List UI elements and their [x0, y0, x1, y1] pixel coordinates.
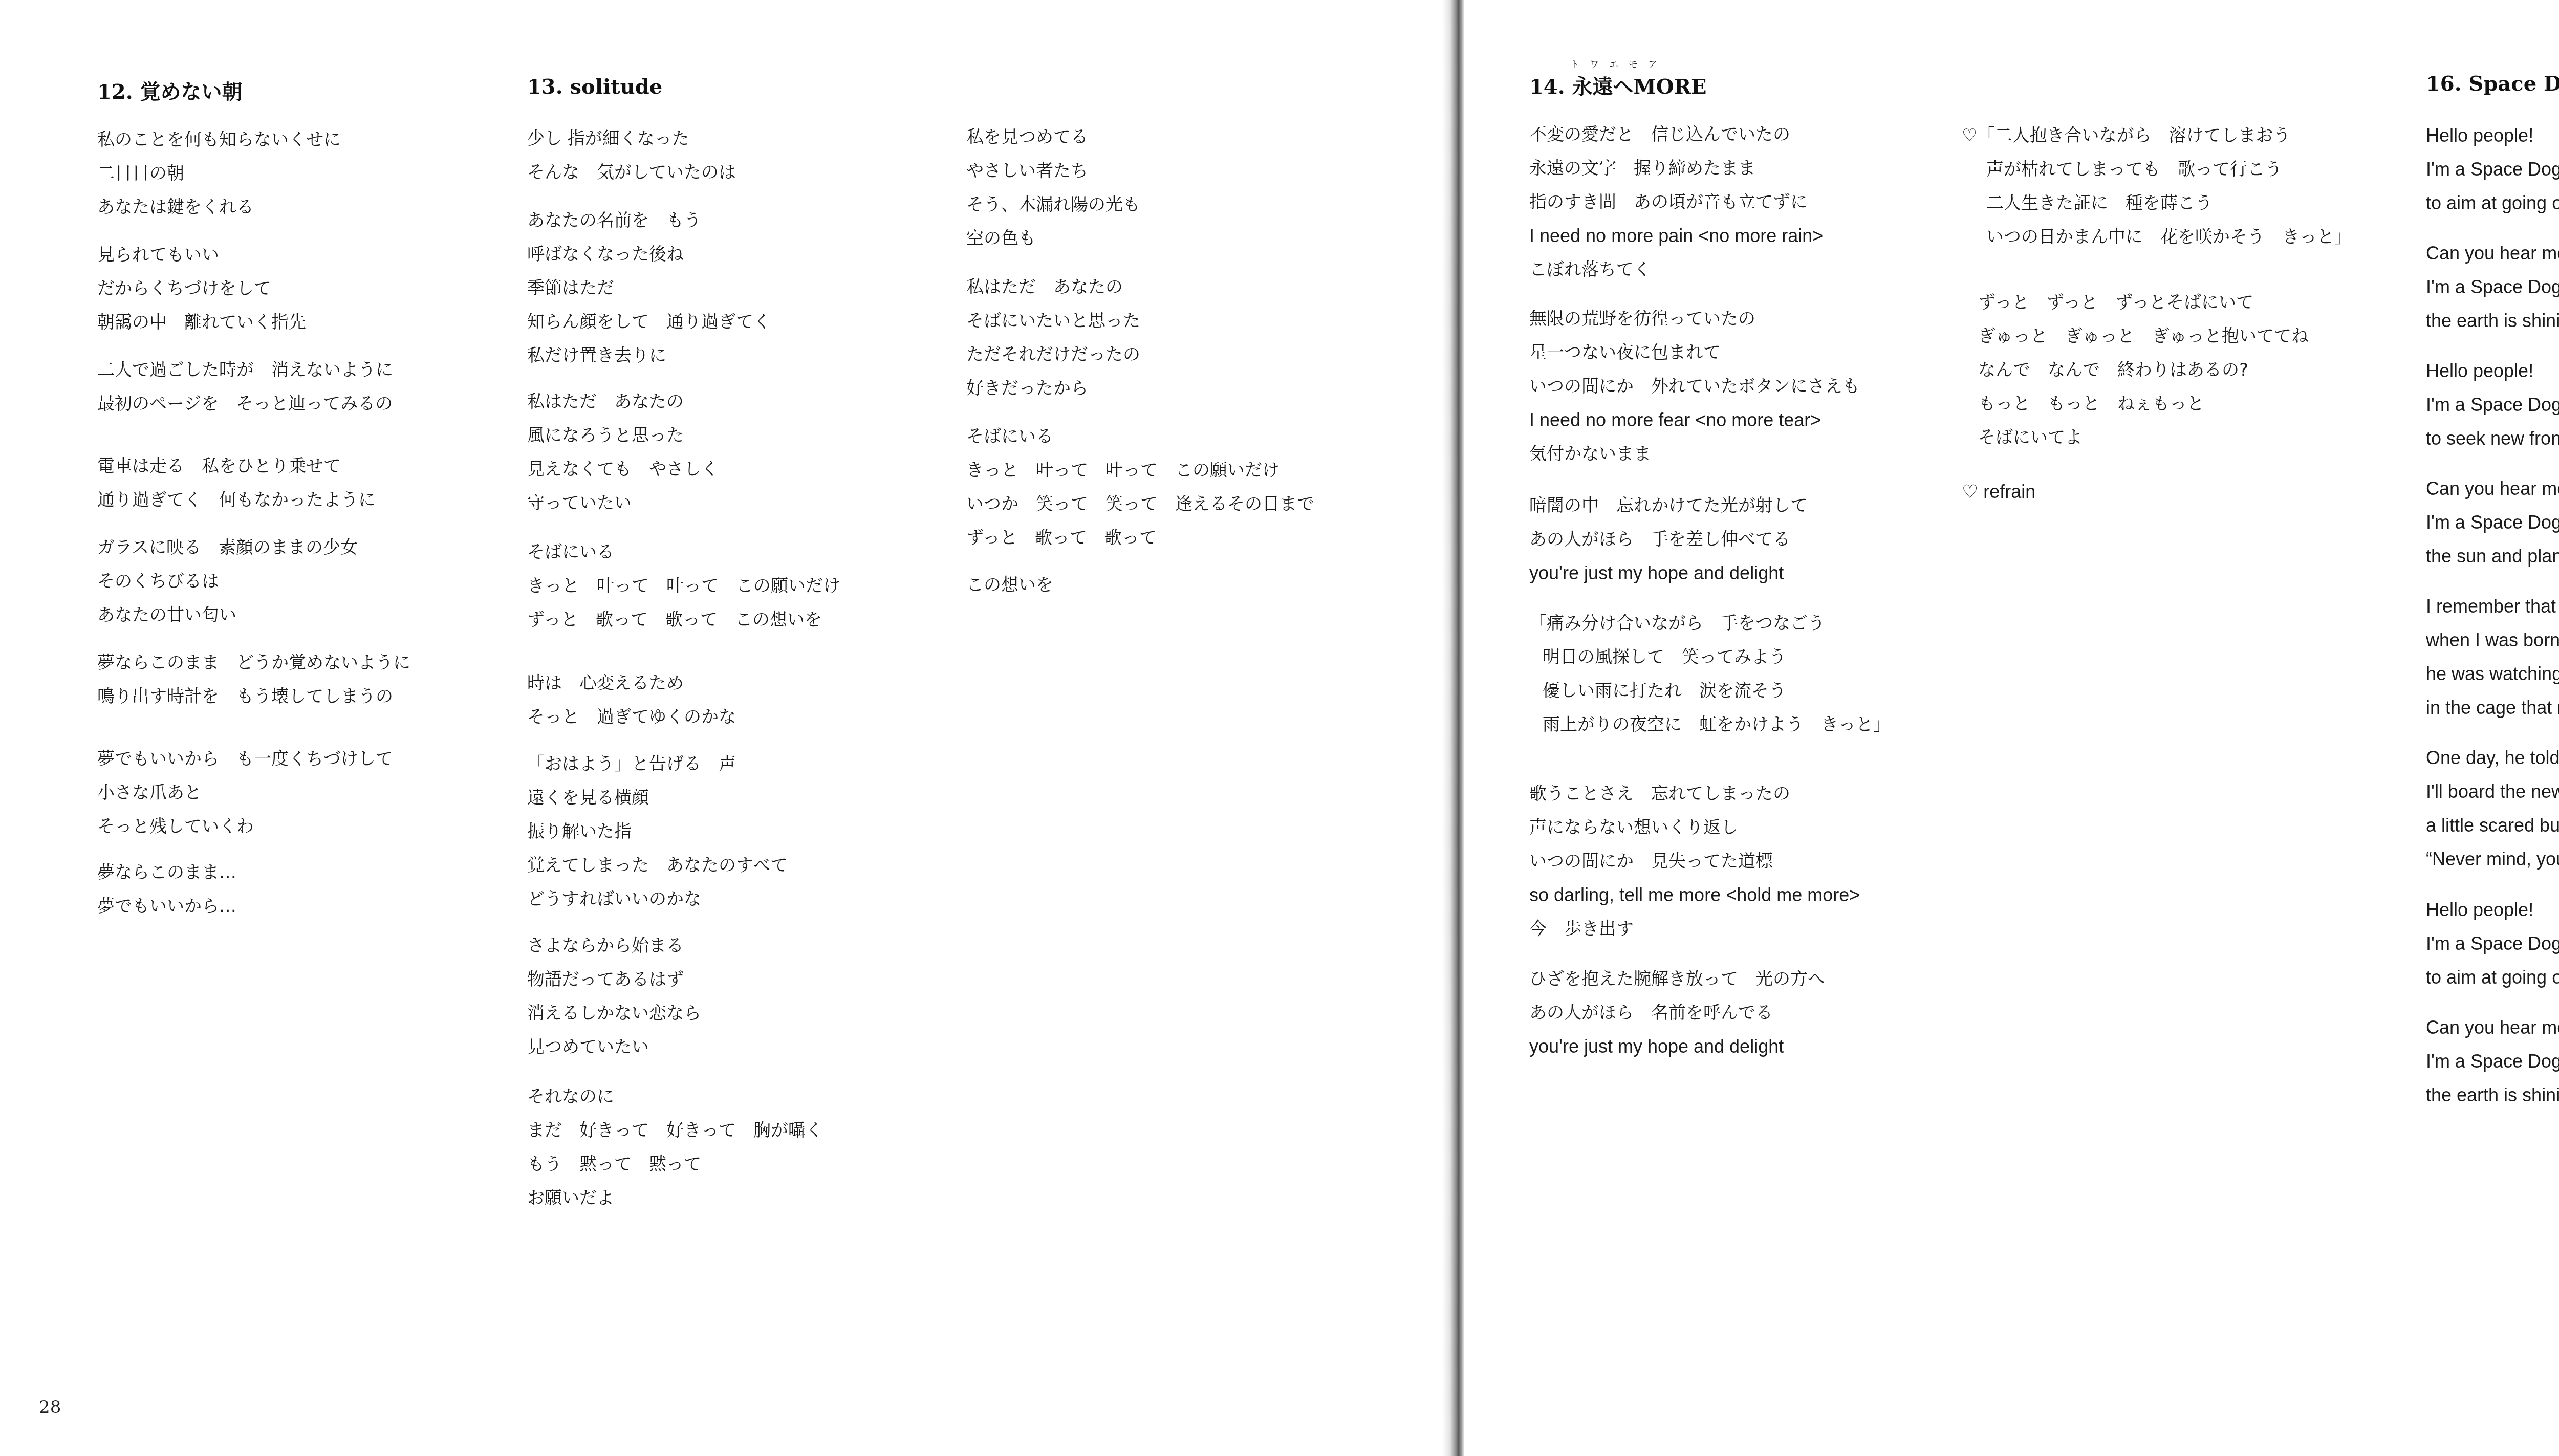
lyric-line: 最初のページを そっと辿ってみるの: [97, 387, 393, 421]
lyric-line: 声が枯れてしまっても 歌って行こう: [1962, 153, 2352, 186]
lyric-line: まだ 好きって 好きって 胸が囁く: [527, 1114, 823, 1147]
lyric-line: 永遠の文字 握り締めたまま: [1529, 151, 1823, 185]
lyric-line: Hello people!: [2426, 893, 2559, 927]
lyric-line: なんで なんで 終わりはあるの?: [1978, 353, 2309, 387]
stanza: 夢ならこのまま どうか覚めないように 鳴り出す時計を もう壊してしまうの: [97, 646, 410, 713]
lyric-line: ずっと 歌って 歌って この想いを: [527, 603, 840, 637]
stanza: 電車は走る 私をひとり乗せて 通り過ぎてく 何もなかったように: [97, 449, 376, 517]
lyric-line: 見られてもいい: [97, 238, 306, 272]
right-page: トワエモア 14. 永遠へMORE 不変の愛だと 信じ込んでいたの 永遠の文字 …: [1464, 0, 2559, 1456]
stanza: 夢ならこのまま… 夢でもいいから…: [97, 856, 236, 923]
lyric-line: the sun and planets go far away: [2426, 539, 2559, 573]
lyric-line: the earth is shining blue and white: [2426, 1078, 2559, 1112]
lyric-line: when I was born: [2426, 623, 2559, 657]
lyric-line: この想いを: [966, 568, 1053, 602]
lyric-line: 夢ならこのまま どうか覚めないように: [97, 646, 410, 680]
lyric-line: 鳴り出す時計を もう壊してしまうの: [97, 680, 410, 713]
lyric-line: あなたの甘い匂い: [97, 598, 358, 632]
stanza: さよならから始まる 物語だってあるはず 消えるしかない恋なら 見つめていたい: [527, 929, 701, 1064]
lyric-line: a little scared but he smiled and said: [2426, 809, 2559, 842]
stanza: ♡ refrain: [1962, 475, 2035, 509]
book-spine-fold: [1442, 0, 1465, 1456]
lyric-line: 物語だってあるはず: [527, 963, 701, 996]
stanza: 時は 心変えるため そっと 過ぎてゆくのかな: [527, 666, 736, 734]
lyric-line: 季節はただ: [527, 271, 771, 305]
lyric-line: もう 黙って 黙って: [527, 1147, 823, 1181]
lyric-line: 知らん顔をして 通り過ぎてく: [527, 305, 771, 339]
stanza: 「おはよう」と告げる 声 遠くを見る横顔 振り解いた指 覚えてしまった あなたの…: [527, 747, 788, 916]
lyric-line: ただそれだけだったの: [966, 338, 1140, 372]
stanza: Hello people! I'm a Space Dog to seek ne…: [2426, 354, 2559, 455]
page-number-left: 28: [39, 1397, 61, 1418]
lyric-line: 振り解いた指: [527, 815, 788, 849]
stanza: 私はただ あなたの 風になろうと思った 見えなくても やさしく 守っていたい: [527, 385, 719, 520]
lyric-line: 小さな爪あと: [97, 776, 393, 810]
stanza: 「痛み分け合いながら 手をつなごう 明日の風探して 笑ってみよう 優しい雨に打た…: [1529, 606, 1891, 742]
lyric-line: One day, he told to me: [2426, 741, 2559, 775]
lyric-line: そっと 過ぎてゆくのかな: [527, 700, 736, 734]
lyric-line: to aim at going over stars: [2426, 186, 2559, 220]
stanza: 不変の愛だと 信じ込んでいたの 永遠の文字 握り締めたまま 指のすき間 あの頃が…: [1529, 118, 1823, 287]
stanza: 少し 指が細くなった そんな 気がしていたのは: [527, 122, 736, 189]
lyric-line: あの人がほら 名前を呼んでる: [1529, 996, 1825, 1030]
lyric-line: いつの日かまん中に 花を咲かそう きっと」: [1962, 220, 2352, 254]
lyric-line: 少し 指が細くなった: [527, 122, 736, 156]
lyric-line: 今 歩き出す: [1529, 912, 1860, 946]
stanza: ひざを抱えた腕解き放って 光の方へ あの人がほら 名前を呼んでる you're …: [1529, 962, 1825, 1063]
lyric-line: Can you hear me?: [2426, 472, 2559, 506]
lyric-line: I'm a Space Dog: [2426, 388, 2559, 422]
stanza: Can you hear me? I'm a Space Dog the ear…: [2426, 1011, 2559, 1112]
lyric-line: そっと残していくわ: [97, 810, 393, 843]
lyric-line: それなのに: [527, 1080, 823, 1114]
lyric-line: Can you hear me?: [2426, 1011, 2559, 1045]
lyric-line: 「おはよう」と告げる 声: [527, 747, 788, 781]
stanza: あなたの名前を もう 呼ばなくなった後ね 季節はただ 知らん顔をして 通り過ぎて…: [527, 204, 771, 373]
lyric-line: 時は 心変えるため: [527, 666, 736, 700]
song-title: 13. solitude: [527, 75, 662, 99]
lyric-line: 朝靄の中 離れていく指先: [97, 306, 306, 339]
stanza: 夢でもいいから も一度くちづけして 小さな爪あと そっと残していくわ: [97, 742, 393, 843]
stanza: 私を見つめてる やさしい者たち そう、木漏れ陽の光も 空の色も: [966, 120, 1140, 255]
stanza: 見られてもいい だからくちづけをして 朝靄の中 離れていく指先: [97, 238, 306, 339]
lyric-line: ひざを抱えた腕解き放って 光の方へ: [1529, 962, 1825, 996]
stanza: 歌うことさえ 忘れてしまったの 声にならない想いくり返し いつの間にか 見失って…: [1529, 777, 1860, 946]
lyric-line: 暗闇の中 忘れかけてた光が射して: [1529, 489, 1808, 523]
lyric-line: そばにいてよ: [1978, 421, 2309, 454]
lyric-line: 夢でもいいから…: [97, 889, 236, 923]
lyric-line: ♡「二人抱き合いながら 溶けてしまおう: [1962, 119, 2352, 153]
lyric-line: I remember that time: [2426, 590, 2559, 623]
lyric-line: you're just my hope and delight: [1529, 1030, 1825, 1063]
lyric-line: 不変の愛だと 信じ込んでいたの: [1529, 118, 1823, 151]
stanza: I remember that time when I was born he …: [2426, 590, 2559, 725]
lyric-line: 夢でもいいから も一度くちづけして: [97, 742, 393, 776]
stanza: この想いを: [966, 568, 1053, 602]
lyric-line: お願いだよ: [527, 1181, 823, 1215]
lyric-line: in the cage that made by glass: [2426, 691, 2559, 725]
lyric-line: ずっと ずっと ずっとそばにいて: [1978, 286, 2309, 319]
stanza: それなのに まだ 好きって 好きって 胸が囁く もう 黙って 黙って お願いだよ: [527, 1080, 823, 1215]
lyric-line: to aim at going over stars: [2426, 961, 2559, 994]
lyric-line: 指のすき間 あの頃が音も立てずに: [1529, 185, 1823, 219]
song-title: 12. 覚めない朝: [97, 76, 243, 105]
lyric-line: so darling, tell me more <hold me more>: [1529, 878, 1860, 912]
lyric-line: 見つめていたい: [527, 1030, 701, 1064]
refrain-marker: ♡ refrain: [1962, 475, 2035, 509]
lyric-line: 消えるしかない恋なら: [527, 996, 701, 1030]
lyric-line: 雨上がりの夜空に 虹をかけよう きっと」: [1529, 708, 1891, 742]
lyric-line: ぎゅっと ぎゅっと ぎゅっと抱いててね: [1978, 319, 2309, 353]
stanza: 二人で過ごした時が 消えないように 最初のページを そっと辿ってみるの: [97, 353, 393, 421]
lyric-line: to seek new frontiers by my nose: [2426, 422, 2559, 455]
lyric-line: you're just my hope and delight: [1529, 556, 1808, 590]
lyric-line: あなたは鍵をくれる: [97, 190, 341, 224]
lyric-line: 二人で過ごした時が 消えないように: [97, 353, 393, 387]
stanza: One day, he told to me I'll board the ne…: [2426, 741, 2559, 876]
lyric-line: 星一つない夜に包まれて: [1529, 336, 1860, 370]
left-page: 12. 覚めない朝 私のことを何も知らないくせに 二日目の朝 あなたは鍵をくれる…: [0, 0, 1448, 1456]
lyric-line: そばにいたいと思った: [966, 304, 1140, 338]
lyric-line: ガラスに映る 素顔のままの少女: [97, 531, 358, 564]
stanza: ずっと ずっと ずっとそばにいて ぎゅっと ぎゅっと ぎゅっと抱いててね なんで…: [1978, 286, 2309, 454]
lyric-line: そんな 気がしていたのは: [527, 156, 736, 189]
lyric-line: 呼ばなくなった後ね: [527, 237, 771, 271]
song-title: 14. 永遠へMORE: [1529, 71, 1706, 100]
stanza: Can you hear me? I'm a Space Dog the ear…: [2426, 236, 2559, 338]
lyric-line: 夢ならこのまま…: [97, 856, 236, 889]
lyric-line: そばにいる: [966, 420, 1314, 453]
lyric-line: 電車は走る 私をひとり乗せて: [97, 449, 376, 483]
lyric-line: 二人生きた証に 種を蒔こう: [1962, 186, 2352, 220]
lyric-line: きっと 叶って 叶って この願いだけ: [527, 569, 840, 603]
lyric-line: 「痛み分け合いながら 手をつなごう: [1529, 606, 1891, 640]
lyric-line: いつか 笑って 笑って 逢えるその日まで: [966, 487, 1314, 521]
lyric-line: あの人がほら 手を差し伸べてる: [1529, 523, 1808, 556]
lyric-line: I need no more pain <no more rain>: [1529, 219, 1823, 253]
lyric-line: the earth is shining blue...: [2426, 304, 2559, 338]
lyric-line: 無限の荒野を彷徨っていたの: [1529, 302, 1860, 336]
lyric-line: さよならから始まる: [527, 929, 701, 963]
lyric-line: 通り過ぎてく 何もなかったように: [97, 483, 376, 517]
lyric-line: 明日の風探して 笑ってみよう: [1529, 640, 1891, 674]
title-ruby: トワエモア: [1570, 57, 1667, 71]
lyric-line: いつの間にか 外れていたボタンにさえも: [1529, 370, 1860, 403]
lyric-line: Hello people!: [2426, 119, 2559, 153]
lyric-line: もっと もっと ねぇもっと: [1978, 387, 2309, 421]
lyric-line: どうすればいいのかな: [527, 882, 788, 916]
lyric-line: Can you hear me?: [2426, 236, 2559, 270]
lyric-line: “Never mind, you are good boy and brave”: [2426, 842, 2559, 876]
lyric-line: 見えなくても やさしく: [527, 452, 719, 486]
lyric-line: 声にならない想いくり返し: [1529, 811, 1860, 844]
lyric-line: I'm a Space Dog: [2426, 927, 2559, 961]
lyric-line: Hello people!: [2426, 354, 2559, 388]
lyric-line: 歌うことさえ 忘れてしまったの: [1529, 777, 1860, 811]
stanza: 私はただ あなたの そばにいたいと思った ただそれだけだったの 好きだったから: [966, 270, 1140, 405]
lyric-line: そのくちびるは: [97, 564, 358, 598]
lyric-line: やさしい者たち: [966, 154, 1140, 188]
lyric-line: 私を見つめてる: [966, 120, 1140, 154]
lyric-line: そう、木漏れ陽の光も: [966, 188, 1140, 222]
song-title: 16. Space Dog: [2426, 72, 2559, 96]
lyric-line: I need no more fear <no more tear>: [1529, 403, 1860, 437]
lyric-line: 私のことを何も知らないくせに: [97, 123, 341, 157]
lyric-line: だからくちづけをして: [97, 272, 306, 306]
stanza: Can you hear me? I'm a Space Dog the sun…: [2426, 472, 2559, 573]
lyric-line: ずっと 歌って 歌って: [966, 521, 1314, 555]
lyric-line: 気付かないまま: [1529, 437, 1860, 471]
lyric-line: 私はただ あなたの: [966, 270, 1140, 304]
lyric-line: いつの間にか 見失ってた道標: [1529, 844, 1860, 878]
stanza: Hello people! I'm a Space Dog to aim at …: [2426, 119, 2559, 220]
lyric-line: 優しい雨に打たれ 涙を流そう: [1529, 674, 1891, 708]
lyric-line: 二日目の朝: [97, 157, 341, 190]
lyric-line: I'm a Space Dog: [2426, 270, 2559, 304]
lyric-line: 守っていたい: [527, 486, 719, 520]
lyric-line: きっと 叶って 叶って この願いだけ: [966, 453, 1314, 487]
stanza: ガラスに映る 素顔のままの少女 そのくちびるは あなたの甘い匂い: [97, 531, 358, 632]
lyric-line: 覚えてしまった あなたのすべて: [527, 849, 788, 882]
lyric-line: そばにいる: [527, 535, 840, 569]
lyric-line: he was watching to me: [2426, 657, 2559, 691]
lyric-line: I'll board the new rocket: [2426, 775, 2559, 809]
lyric-line: こぼれ落ちてく: [1529, 253, 1823, 287]
stanza: 無限の荒野を彷徨っていたの 星一つない夜に包まれて いつの間にか 外れていたボタ…: [1529, 302, 1860, 471]
lyric-line: I'm a Space Dog: [2426, 153, 2559, 186]
stanza: そばにいる きっと 叶って 叶って この願いだけ いつか 笑って 笑って 逢える…: [966, 420, 1314, 555]
lyric-line: 風になろうと思った: [527, 419, 719, 452]
lyric-line: I'm a Space Dog: [2426, 506, 2559, 539]
lyric-line: 好きだったから: [966, 372, 1140, 405]
lyric-line: 私はただ あなたの: [527, 385, 719, 419]
lyric-line: 空の色も: [966, 222, 1140, 255]
stanza: そばにいる きっと 叶って 叶って この願いだけ ずっと 歌って 歌って この想…: [527, 535, 840, 637]
stanza: 暗闇の中 忘れかけてた光が射して あの人がほら 手を差し伸べてる you're …: [1529, 489, 1808, 590]
lyric-line: 遠くを見る横顔: [527, 781, 788, 815]
lyric-line: あなたの名前を もう: [527, 204, 771, 237]
lyric-line: I'm a Space Dog: [2426, 1045, 2559, 1078]
stanza: Hello people! I'm a Space Dog to aim at …: [2426, 893, 2559, 994]
stanza: ♡「二人抱き合いながら 溶けてしまおう 声が枯れてしまっても 歌って行こう 二人…: [1962, 119, 2352, 254]
lyric-line: 私だけ置き去りに: [527, 339, 771, 373]
stanza: 私のことを何も知らないくせに 二日目の朝 あなたは鍵をくれる: [97, 123, 341, 224]
